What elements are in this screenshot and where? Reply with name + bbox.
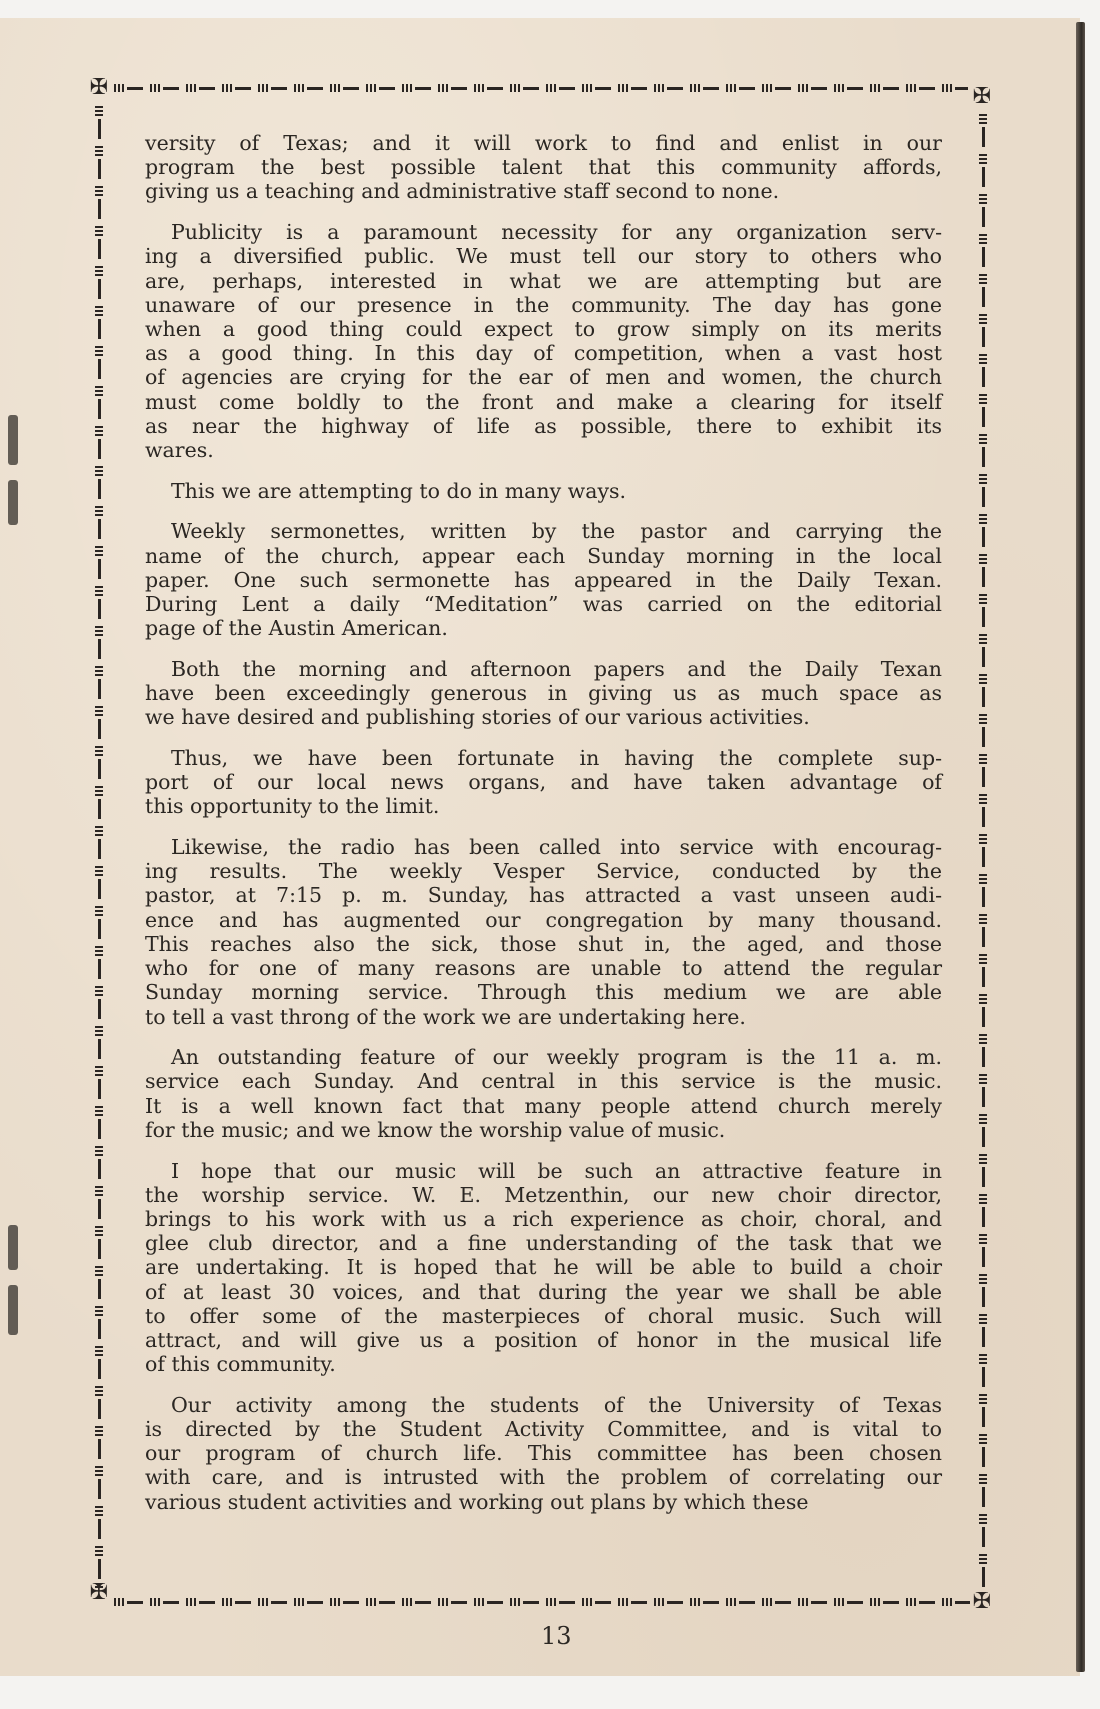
text-line: versity of Texas; and it will work to fi… xyxy=(145,131,942,155)
text-line: have been exceedingly generous in giving… xyxy=(145,681,942,705)
text-line: ing results. The weekly Vesper Service, … xyxy=(145,859,942,883)
text-line: I hope that our music will be such an at… xyxy=(145,1159,942,1183)
text-line: paper. One such sermonette has appeared … xyxy=(145,568,942,592)
text-line: Weekly sermonettes, written by the pasto… xyxy=(145,519,942,543)
text-line: pastor, at 7:15 p. m. Sunday, has attrac… xyxy=(145,883,942,907)
text-line: as a good thing. In this day of competit… xyxy=(145,341,942,365)
text-line: must come boldly to the front and make a… xyxy=(145,390,942,414)
text-line: service each Sunday. And central in this… xyxy=(145,1069,942,1093)
paragraph: Publicity is a paramount necessity for a… xyxy=(145,220,942,462)
text-line: program the best possible talent that th… xyxy=(145,155,942,179)
paragraph: I hope that our music will be such an at… xyxy=(145,1159,942,1377)
text-line: of at least 30 voices, and that during t… xyxy=(145,1280,942,1304)
paragraph: This we are attempting to do in many way… xyxy=(145,479,942,503)
text-line: our program of church life. This committ… xyxy=(145,1441,942,1465)
text-line: attract, and will give us a position of … xyxy=(145,1328,942,1352)
text-line: An outstanding feature of our weekly pro… xyxy=(145,1045,942,1069)
text-line: unaware of our presence in the community… xyxy=(145,293,942,317)
staple-mark xyxy=(8,415,18,465)
cross-pattee-icon: ✠ xyxy=(89,1583,109,1603)
ornamental-border-right xyxy=(979,108,987,1594)
cross-pattee-icon: ✠ xyxy=(89,78,109,98)
text-line: Sunday morning service. Through this med… xyxy=(145,980,942,1004)
text-line: brings to his work with us a rich experi… xyxy=(145,1207,942,1231)
paragraph: Weekly sermonettes, written by the pasto… xyxy=(145,519,942,640)
cross-pattee-icon: ✠ xyxy=(972,87,992,107)
text-line: This we are attempting to do in many way… xyxy=(145,479,942,503)
staple-mark xyxy=(8,1285,18,1335)
text-line: ence and has augmented our congregation … xyxy=(145,908,942,932)
paragraph: Our activity among the students of the U… xyxy=(145,1393,942,1514)
text-line: for the music; and we know the worship v… xyxy=(145,1118,942,1142)
text-line: who for one of many reasons are unable t… xyxy=(145,956,942,980)
text-line: of this community. xyxy=(145,1352,942,1376)
page-number: 13 xyxy=(541,1622,572,1650)
ornamental-border-bottom xyxy=(108,1598,970,1606)
text-line: we have desired and publishing stories o… xyxy=(145,705,942,729)
text-line: is directed by the Student Activity Comm… xyxy=(145,1417,942,1441)
ornamental-border-top xyxy=(108,84,968,92)
text-line: to tell a vast throng of the work we are… xyxy=(145,1005,942,1029)
staple-mark xyxy=(8,480,18,525)
text-line: are, perhaps, interested in what we are … xyxy=(145,269,942,293)
cross-pattee-icon: ✠ xyxy=(972,1592,992,1612)
text-line: the worship service. W. E. Metzenthin, o… xyxy=(145,1183,942,1207)
text-line: name of the church, appear each Sunday m… xyxy=(145,544,942,568)
paragraph: An outstanding feature of our weekly pro… xyxy=(145,1045,942,1142)
text-line: port of our local news organs, and have … xyxy=(145,770,942,794)
body-text: versity of Texas; and it will work to fi… xyxy=(145,131,942,1530)
page-edge-shadow xyxy=(1076,22,1085,1672)
text-line: Both the morning and afternoon papers an… xyxy=(145,657,942,681)
text-line: ing a diversified public. We must tell o… xyxy=(145,244,942,268)
text-line: to offer some of the masterpieces of cho… xyxy=(145,1304,942,1328)
ornamental-border-left xyxy=(95,100,103,1590)
text-line: as near the highway of life as possible,… xyxy=(145,414,942,438)
text-line: this opportunity to the limit. xyxy=(145,794,942,818)
text-line: It is a well known fact that many people… xyxy=(145,1094,942,1118)
staple-mark xyxy=(8,1225,18,1270)
text-line: Thus, we have been fortunate in having t… xyxy=(145,746,942,770)
text-line: Publicity is a paramount necessity for a… xyxy=(145,220,942,244)
text-line: Our activity among the students of the U… xyxy=(145,1393,942,1417)
text-line: when a good thing could expect to grow s… xyxy=(145,317,942,341)
text-line: This reaches also the sick, those shut i… xyxy=(145,932,942,956)
text-line: with care, and is intrusted with the pro… xyxy=(145,1465,942,1489)
text-line: various student activities and working o… xyxy=(145,1490,942,1514)
text-line: giving us a teaching and administrative … xyxy=(145,179,942,203)
paragraph: Both the morning and afternoon papers an… xyxy=(145,657,942,730)
text-line: of agencies are crying for the ear of me… xyxy=(145,365,942,389)
text-line: glee club director, and a fine understan… xyxy=(145,1231,942,1255)
text-line: wares. xyxy=(145,438,942,462)
paragraph: versity of Texas; and it will work to fi… xyxy=(145,131,942,204)
text-line: During Lent a daily “Meditation” was car… xyxy=(145,592,942,616)
text-line: page of the Austin American. xyxy=(145,616,942,640)
paragraph: Thus, we have been fortunate in having t… xyxy=(145,746,942,819)
text-line: Likewise, the radio has been called into… xyxy=(145,835,942,859)
text-line: are undertaking. It is hoped that he wil… xyxy=(145,1255,942,1279)
paragraph: Likewise, the radio has been called into… xyxy=(145,835,942,1029)
